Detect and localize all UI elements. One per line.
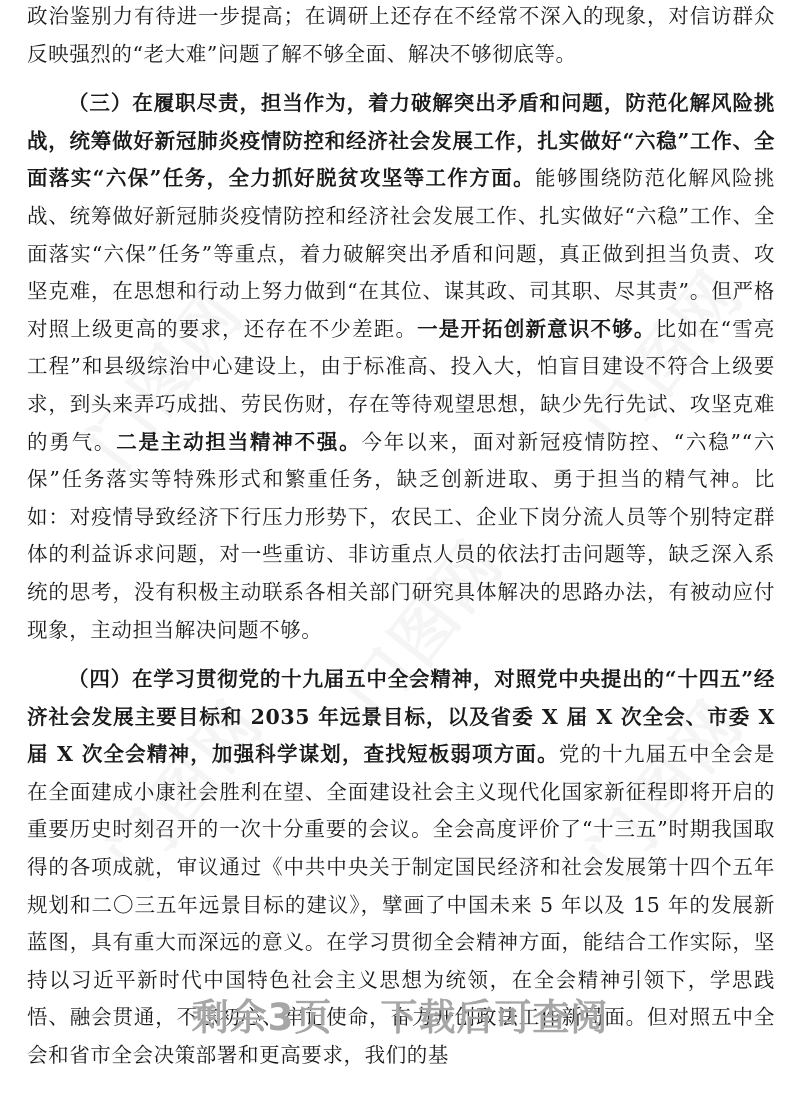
paragraph-text: 政治鉴别力有待进一步提高；在调研上还存在不经常不深入的现象，对信访群众反映强烈的…	[27, 4, 775, 66]
paragraph-text: 今年以来，面对新冠疫情防控、“六稳”“六保”任务落实等特殊形式和繁重任务，缺乏创…	[27, 430, 775, 642]
document-page: 政治鉴别力有待进一步提高；在调研上还存在不经常不深入的现象，对信访群众反映强烈的…	[27, 0, 775, 1075]
remaining-pages-label: 剩余3页	[192, 996, 333, 1039]
point-heading: 一是开拓创新意识不够。	[417, 317, 655, 341]
paragraph-1: 政治鉴别力有待进一步提高；在调研上还存在不经常不深入的现象，对信访群众反映强烈的…	[27, 0, 775, 73]
paragraph-2: （三）在履职尽责，担当作为，着力破解突出矛盾和问题，防范化解风险挑战，统筹做好新…	[27, 85, 775, 649]
download-banner[interactable]: 剩余3页下载后可查阅	[0, 993, 800, 1043]
point-heading: 二是主动担当精神不强。	[116, 430, 361, 454]
download-hint-label: 下载后可查阅	[380, 996, 608, 1039]
paragraph-text: 能够围绕防范化解风险挑战、统筹做好新冠肺炎疫情防控和经济社会发展工作、扎实做好“…	[27, 166, 775, 340]
